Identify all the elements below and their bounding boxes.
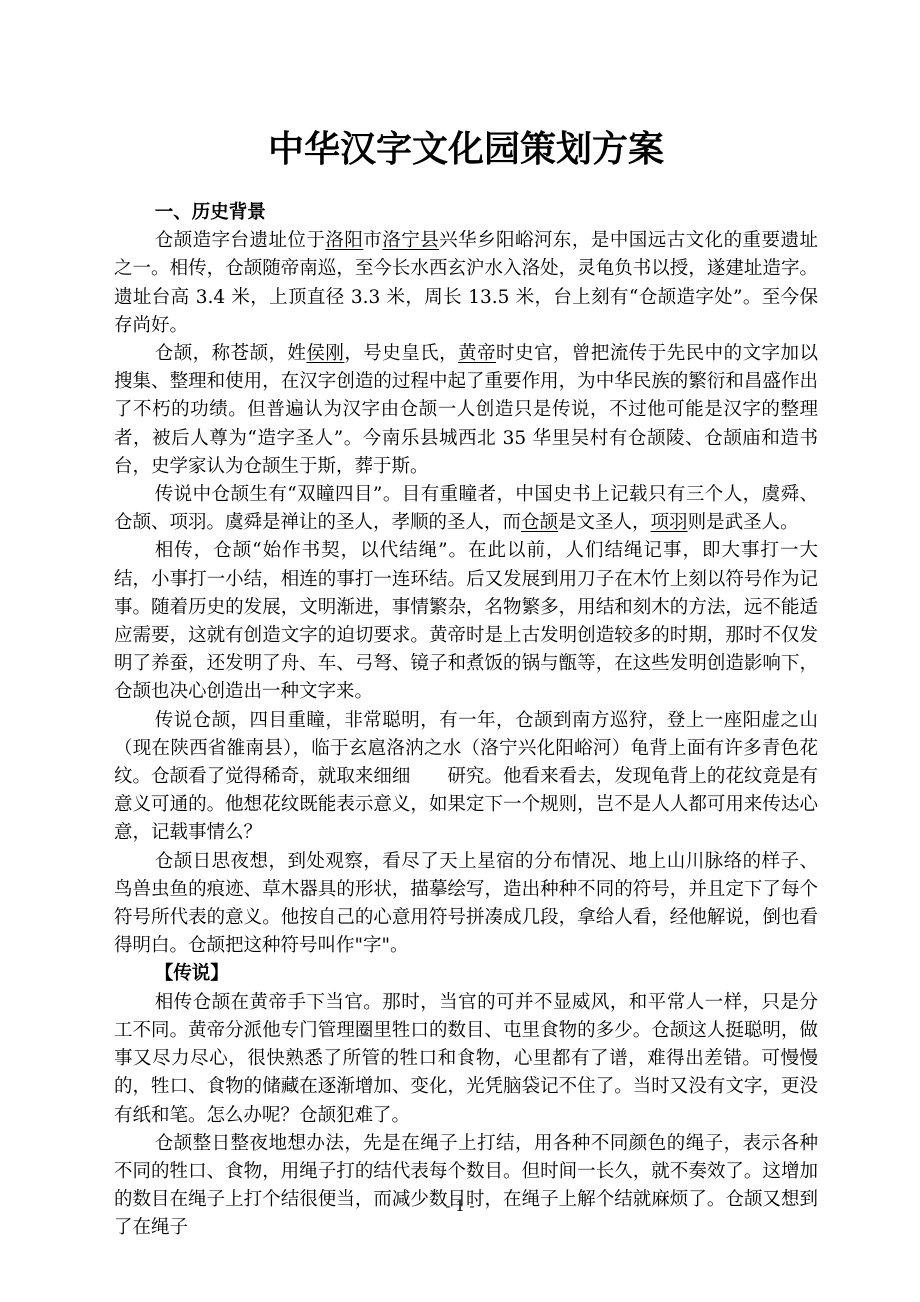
paragraph: 相传仓颉在黄帝手下当官。那时，当官的可并不显威风，和平常人一样，只是分工不同。黄… bbox=[114, 989, 818, 1130]
paragraph: 仓颉，称苍颉，姓侯刚，号史皇氏，黄帝时史官，曾把流传于先民中的文字加以搜集、整理… bbox=[114, 340, 818, 481]
paragraph: 仓颉整日整夜地想办法，先是在绳子上打结，用各种不同颜色的绳子，表示各种不同的牲口… bbox=[114, 1130, 818, 1243]
document-body: 一、历史背景仓颉造字台遗址位于洛阳市洛宁县兴华乡阳峪河东，是中国远古文化的重要遗… bbox=[114, 199, 818, 1243]
underlined-text: 项羽 bbox=[651, 512, 688, 533]
text-run: 仓颉日思夜想，到处观察，看尽了天上星宿的分布情况、地上山川脉络的样子、鸟兽虫鱼的… bbox=[114, 851, 818, 957]
underlined-text: 侯刚 bbox=[306, 343, 344, 364]
text-run: 仓颉整日整夜地想办法，先是在绳子上打结，用各种不同颜色的绳子，表示各种不同的牲口… bbox=[114, 1133, 818, 1239]
page-number: - 1 - bbox=[0, 1196, 920, 1216]
document-title: 中华汉字文化园策划方案 bbox=[114, 126, 818, 173]
section-heading: 一、历史背景 bbox=[114, 199, 818, 227]
paragraph: 传说仓颉，四目重瞳，非常聪明，有一年，仓颉到南方巡狩，登上一座阳虚之山（现在陕西… bbox=[114, 707, 818, 848]
text-run: 相传，仓颉“始作书契，以代结绳”。在此以前，人们结绳记事，即大事打一大结，小事打… bbox=[114, 540, 818, 702]
paragraph: 仓颉日思夜想，到处观察，看尽了天上星宿的分布情况、地上山川脉络的样子、鸟兽虫鱼的… bbox=[114, 848, 818, 961]
underlined-text: 黄帝 bbox=[458, 343, 496, 364]
underlined-text: 洛宁县 bbox=[382, 230, 439, 251]
text-run: 传说仓颉，四目重瞳，非常聪明，有一年，仓颉到南方巡狩，登上一座阳虚之山（现在陕西… bbox=[114, 710, 818, 844]
underlined-text: 洛阳 bbox=[325, 230, 363, 251]
paragraph: 相传，仓颉“始作书契，以代结绳”。在此以前，人们结绳记事，即大事打一大结，小事打… bbox=[114, 537, 818, 706]
text-run: 相传仓颉在黄帝手下当官。那时，当官的可并不显威风，和平常人一样，只是分工不同。黄… bbox=[114, 992, 818, 1126]
text-run: 市 bbox=[363, 230, 382, 251]
paragraph: 仓颉造字台遗址位于洛阳市洛宁县兴华乡阳峪河东，是中国远古文化的重要遗址之一。相传… bbox=[114, 227, 818, 340]
section-heading: 【传说】 bbox=[114, 960, 818, 988]
text-run: 一、历史背景 bbox=[155, 202, 266, 223]
underlined-text: 仓颉 bbox=[521, 512, 558, 533]
text-run: ，号史皇氏， bbox=[344, 343, 458, 364]
text-run: 仓颉造字台遗址位于 bbox=[155, 230, 326, 251]
paragraph: 传说中仓颉生有“双瞳四目”。目有重瞳者，中国史书上记载只有三个人，虞舜、仓颉、项… bbox=[114, 481, 818, 537]
text-run: 【传说】 bbox=[155, 963, 229, 984]
text-run: 仓颉，称苍颉，姓 bbox=[155, 343, 307, 364]
text-run: 则是武圣人。 bbox=[688, 512, 799, 533]
text-run: 是文圣人， bbox=[558, 512, 651, 533]
document-page: 中华汉字文化园策划方案 一、历史背景仓颉造字台遗址位于洛阳市洛宁县兴华乡阳峪河东… bbox=[0, 0, 920, 1302]
